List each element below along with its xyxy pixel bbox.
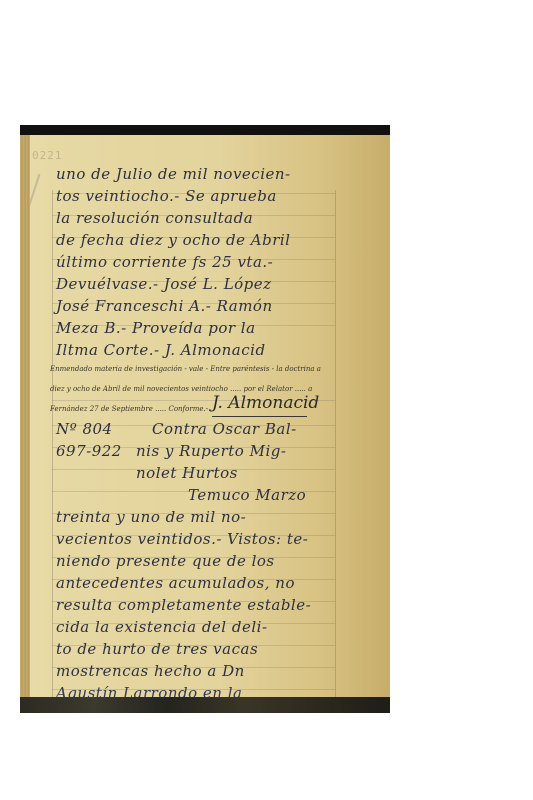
- text-line: to de hurto de tres vacas: [56, 640, 258, 658]
- signature-underline: [212, 416, 307, 417]
- text-line: mostrencas hecho a Dn: [56, 662, 245, 680]
- scan-bottom-shadow: [20, 697, 390, 713]
- text-line: cida la existencia del deli-: [56, 618, 268, 636]
- note-line: Fernández 27 de Septiembre ..... Conform…: [50, 405, 208, 413]
- case-title-line: nis y Ruperto Mig-: [136, 442, 286, 460]
- note-signature: J. Almonacid: [212, 393, 319, 413]
- text-line: Meza B.- Proveída por la: [56, 319, 256, 337]
- text-line: uno de Julio de mil novecien-: [56, 165, 291, 183]
- text-line: tos veintiocho.- Se aprueba: [56, 187, 277, 205]
- text-line: Devuélvase.- José L. López: [56, 275, 272, 293]
- note-line: Enmendado materia de investigación - val…: [50, 365, 321, 373]
- text-line: niendo presente que de los: [56, 552, 275, 570]
- page-stamp-number: 0221: [32, 149, 63, 162]
- text-line: vecientos veintidos.- Vistos: te-: [56, 530, 308, 548]
- text-line: resulta completamente estable-: [56, 596, 311, 614]
- case-folios: 697-922: [56, 442, 122, 460]
- text-line: treinta y uno de mil no-: [56, 508, 246, 526]
- text-line: de fecha diez y ocho de Abril: [56, 231, 290, 249]
- text-line: antecedentes acumulados, no: [56, 574, 295, 592]
- ledger-page: 0221 uno de Julio de mil novecien- tos v…: [20, 135, 390, 700]
- right-margin-rule: [335, 190, 336, 705]
- text-line: Iltma Corte.- J. Almonacid: [56, 341, 266, 359]
- case-number: Nº 804: [56, 420, 113, 438]
- page-stack-edges: [20, 135, 30, 700]
- text-line: último corriente fs 25 vta.-: [56, 253, 273, 271]
- case-title-line: Contra Oscar Bal-: [152, 420, 297, 438]
- text-line: José Franceschi A.- Ramón: [56, 297, 273, 315]
- text-line: la resolución consultada: [56, 209, 253, 227]
- case-title-line: nolet Hurtos: [136, 464, 238, 482]
- scanned-ledger-page: 0221 uno de Julio de mil novecien- tos v…: [20, 125, 390, 713]
- location-date: Temuco Marzo: [188, 486, 306, 504]
- note-line: diez y ocho de Abril de mil novecientos …: [50, 385, 312, 393]
